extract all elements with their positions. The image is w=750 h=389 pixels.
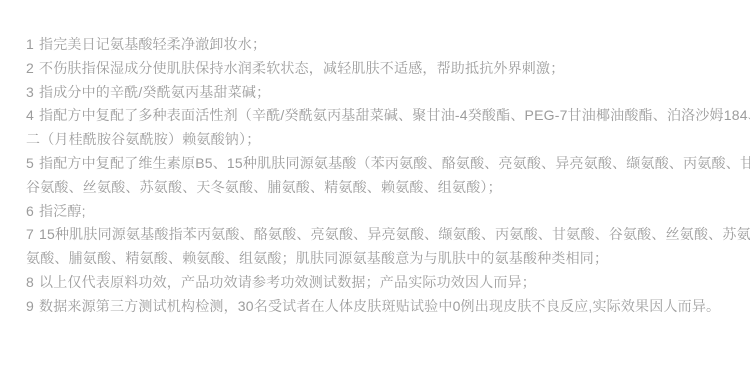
footnote-line: 6指泛醇; (26, 200, 724, 224)
footnote-line: 5指配方中复配了维生素原B5、15种肌肤同源氨基酸（苯丙氨酸、酪氨酸、亮氨酸、异… (26, 152, 724, 176)
footnote-number: 8 (26, 271, 34, 295)
footnote-line: 2不伤肤指保湿成分使肌肤保持水润柔软状态，减轻肌肤不适感，帮助抵抗外界刺激； (26, 57, 724, 81)
footnote-line: 谷氨酸、丝氨酸、苏氨酸、天冬氨酸、脯氨酸、精氨酸、赖氨酸、组氨酸）； (26, 176, 724, 200)
footnote-text: 指成分中的辛酰/癸酰氨丙基甜菜碱； (39, 84, 270, 100)
footnote-line: 8以上仅代表原料功效，产品功效请参考功效测试数据；产品实际功效因人而异； (26, 271, 724, 295)
footnote-item-8: 8以上仅代表原料功效，产品功效请参考功效测试数据；产品实际功效因人而异； (26, 271, 724, 295)
footnote-line: 4指配方中复配了多种表面活性剂（辛酰/癸酰氨丙基甜菜碱、聚甘油-4癸酸酯、PEG… (26, 104, 724, 128)
footnote-text: 以上仅代表原料功效，产品功效请参考功效测试数据；产品实际功效因人而异； (39, 274, 536, 290)
footnote-number: 9 (26, 295, 34, 319)
footnote-item-3: 3指成分中的辛酰/癸酰氨丙基甜菜碱； (26, 81, 724, 105)
footnote-text: 指泛醇; (39, 203, 86, 219)
footnote-number: 7 (26, 223, 34, 247)
footnote-number: 1 (26, 33, 34, 57)
footnote-text: 氨酸、脯氨酸、精氨酸、赖氨酸、组氨酸；肌肤同源氨基酸意为与肌肤中的氨基酸种类相同… (26, 250, 608, 266)
footnote-item-5: 5指配方中复配了维生素原B5、15种肌肤同源氨基酸（苯丙氨酸、酪氨酸、亮氨酸、异… (26, 152, 724, 200)
footnote-number: 5 (26, 152, 34, 176)
footnote-line: 9数据来源第三方测试机构检测，30名受试者在人体皮肤斑贴试验中0例出现皮肤不良反… (26, 295, 724, 319)
footnote-number: 2 (26, 57, 34, 81)
footnote-item-2: 2不伤肤指保湿成分使肌肤保持水润柔软状态，减轻肌肤不适感，帮助抵抗外界刺激； (26, 57, 724, 81)
footnote-text: 不伤肤指保湿成分使肌肤保持水润柔软状态，减轻肌肤不适感，帮助抵抗外界刺激； (39, 60, 564, 76)
footnote-item-6: 6指泛醇; (26, 200, 724, 224)
footnote-item-9: 9数据来源第三方测试机构检测，30名受试者在人体皮肤斑贴试验中0例出现皮肤不良反… (26, 295, 724, 319)
footnotes-section: 1指完美日记氨基酸轻柔净澈卸妆水； 2不伤肤指保湿成分使肌肤保持水润柔软状态，减… (0, 0, 750, 319)
footnote-line: 1指完美日记氨基酸轻柔净澈卸妆水； (26, 33, 724, 57)
footnote-text: 数据来源第三方测试机构检测，30名受试者在人体皮肤斑贴试验中0例出现皮肤不良反应… (39, 298, 720, 314)
footnote-number: 3 (26, 81, 34, 105)
footnote-line: 3指成分中的辛酰/癸酰氨丙基甜菜碱； (26, 81, 724, 105)
footnote-item-1: 1指完美日记氨基酸轻柔净澈卸妆水； (26, 33, 724, 57)
footnote-line: 二（月桂酰胺谷氨酰胺）赖氨酸钠）； (26, 128, 724, 152)
footnote-text: 谷氨酸、丝氨酸、苏氨酸、天冬氨酸、脯氨酸、精氨酸、赖氨酸、组氨酸）； (26, 179, 502, 195)
footnote-item-4: 4指配方中复配了多种表面活性剂（辛酰/癸酰氨丙基甜菜碱、聚甘油-4癸酸酯、PEG… (26, 104, 724, 152)
footnote-text: 指完美日记氨基酸轻柔净澈卸妆水； (39, 36, 266, 52)
footnote-text: 指配方中复配了维生素原B5、15种肌肤同源氨基酸（苯丙氨酸、酪氨酸、亮氨酸、异亮… (39, 155, 750, 171)
footnote-number: 4 (26, 104, 34, 128)
footnote-text: 指配方中复配了多种表面活性剂（辛酰/癸酰氨丙基甜菜碱、聚甘油-4癸酸酯、PEG-… (39, 107, 750, 123)
footnote-item-7: 715种肌肤同源氨基酸指苯丙氨酸、酪氨酸、亮氨酸、异亮氨酸、缬氨酸、丙氨酸、甘氨… (26, 223, 724, 271)
footnote-number: 6 (26, 200, 34, 224)
footnote-text: 15种肌肤同源氨基酸指苯丙氨酸、酪氨酸、亮氨酸、异亮氨酸、缬氨酸、丙氨酸、甘氨酸… (39, 226, 750, 242)
footnote-text: 二（月桂酰胺谷氨酰胺）赖氨酸钠）； (26, 131, 260, 147)
footnote-line: 氨酸、脯氨酸、精氨酸、赖氨酸、组氨酸；肌肤同源氨基酸意为与肌肤中的氨基酸种类相同… (26, 247, 724, 271)
footnote-line: 715种肌肤同源氨基酸指苯丙氨酸、酪氨酸、亮氨酸、异亮氨酸、缬氨酸、丙氨酸、甘氨… (26, 223, 724, 247)
